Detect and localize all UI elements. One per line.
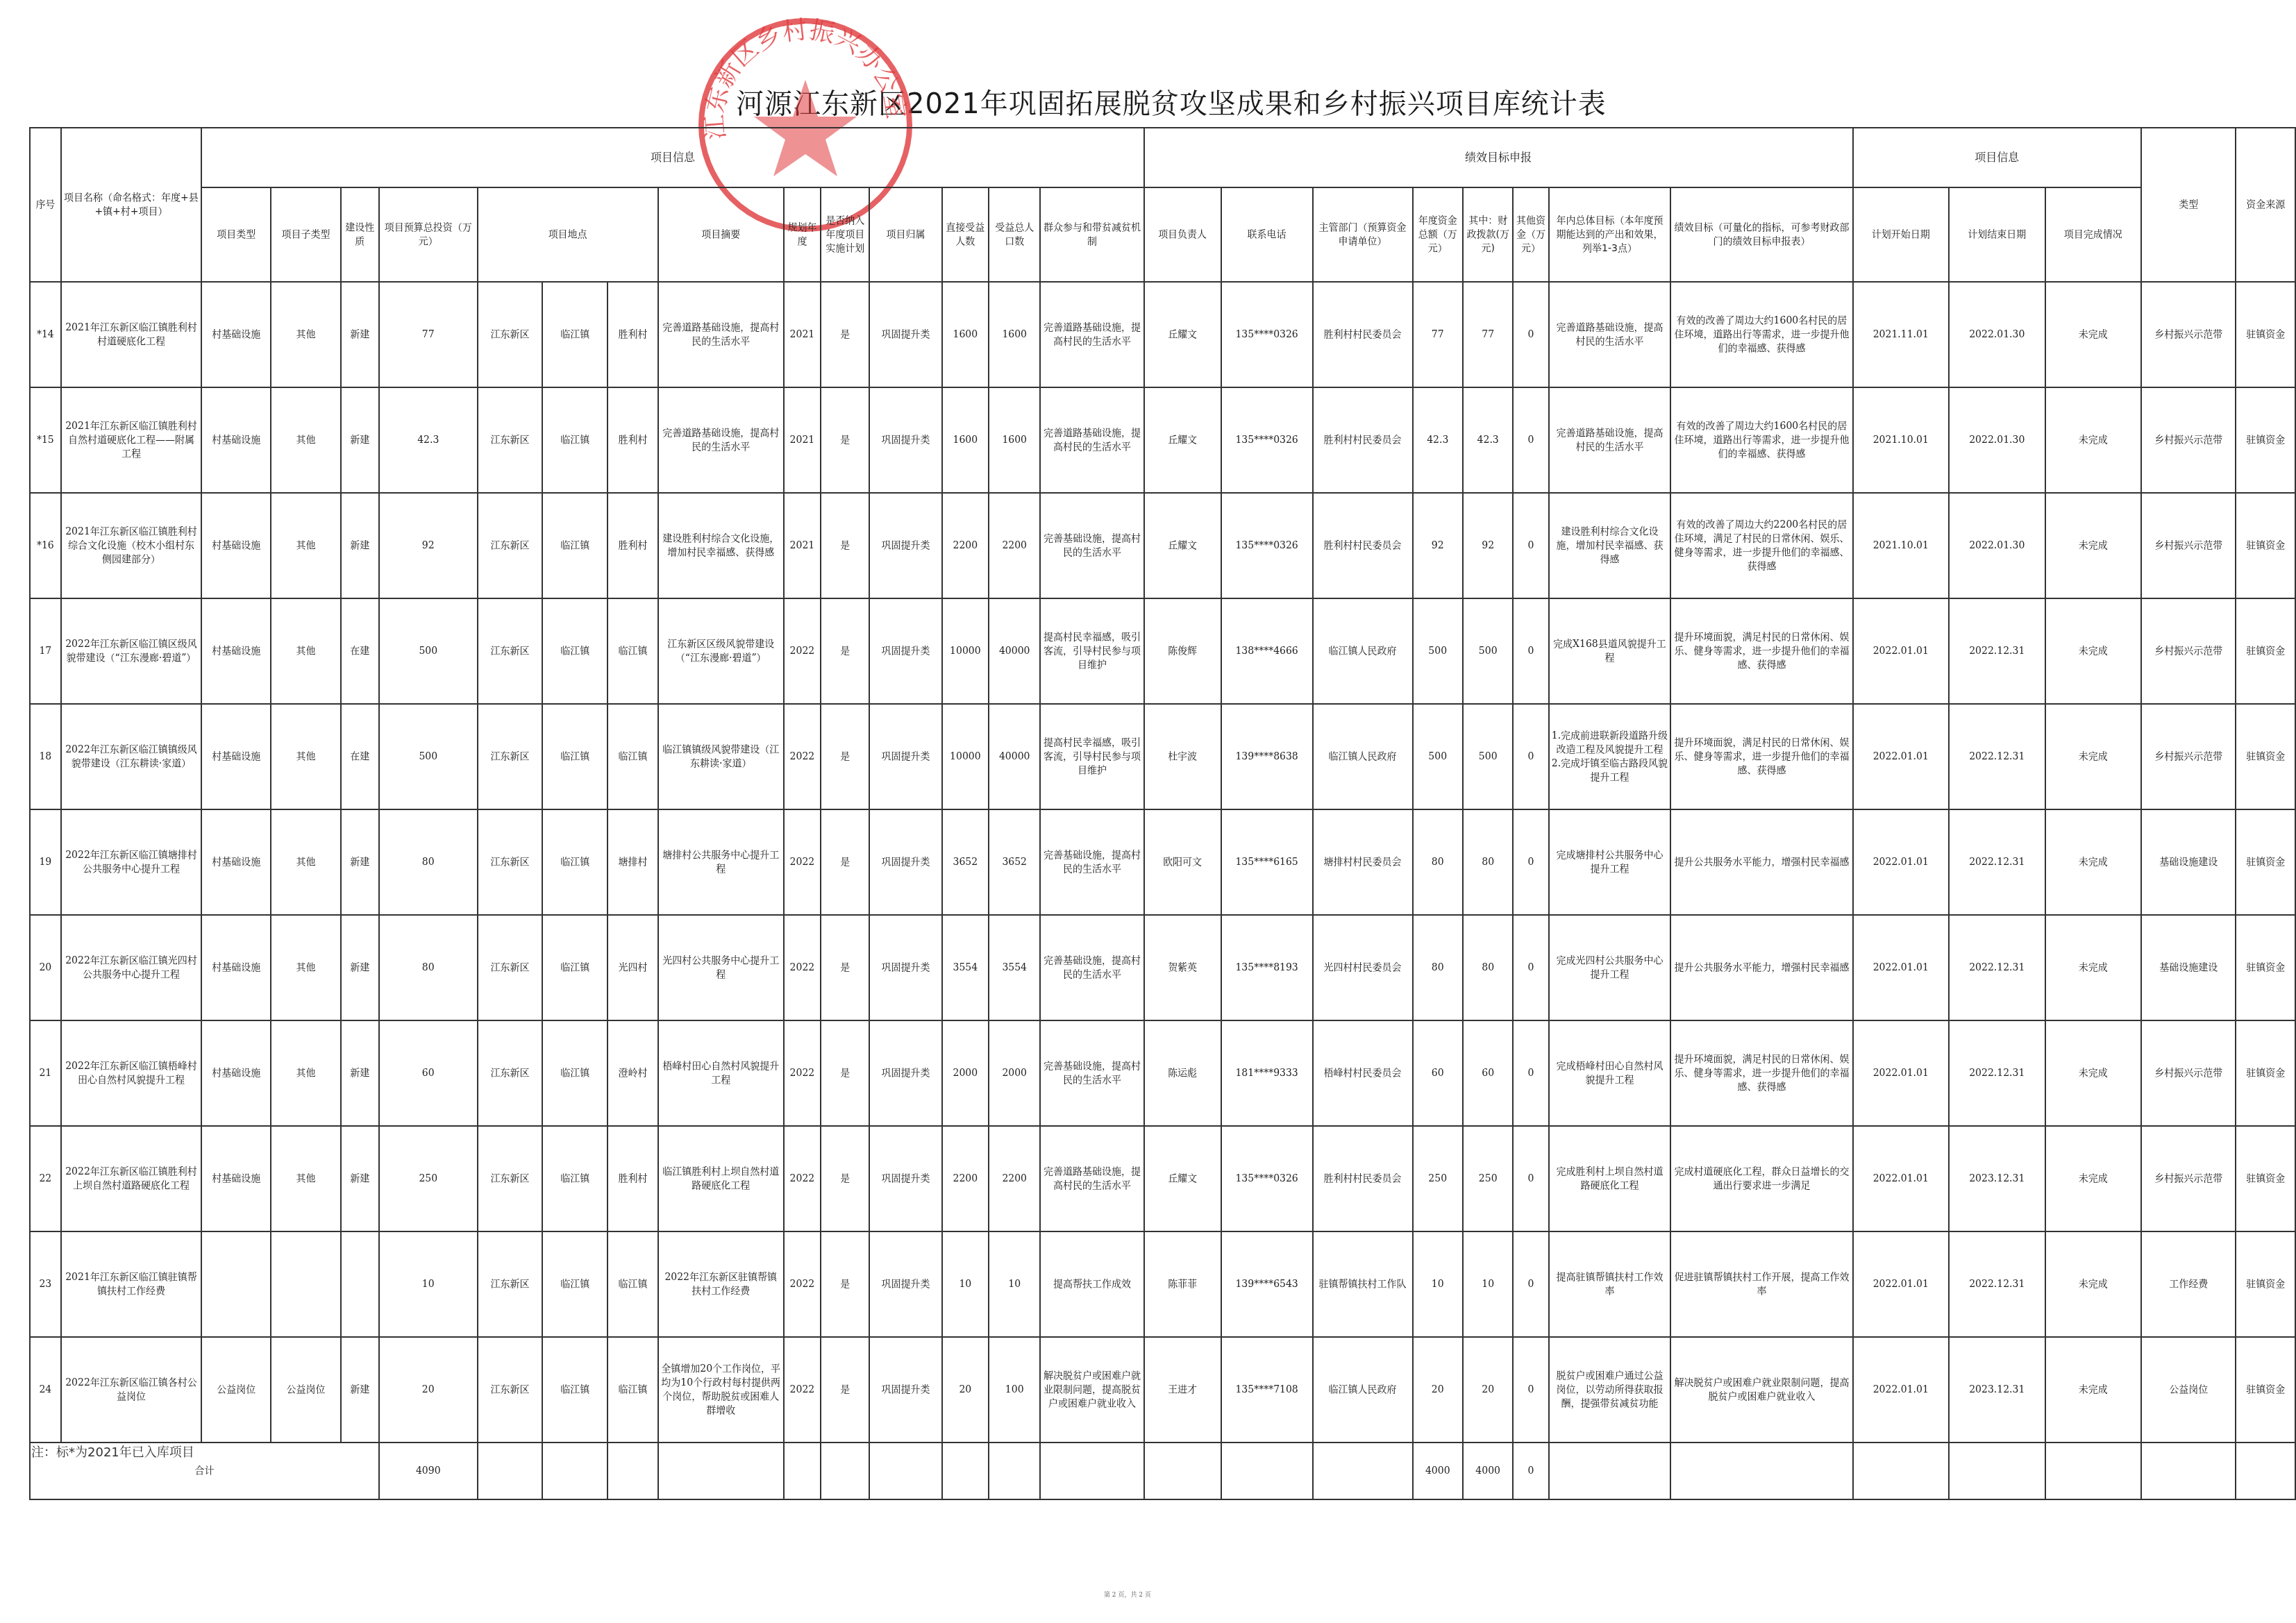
cell-annual: 10 [1413,1231,1463,1337]
cell-mechanism: 完善道路基础设施，提高村民的生活水平 [1040,282,1143,387]
cell-category: 乡村振兴示范带 [2141,387,2236,493]
cell-status: 未完成 [2045,1231,2142,1337]
cell-fund: 驻镇资金 [2236,1020,2295,1126]
cell-annual: 20 [1413,1337,1463,1443]
cell-end: 2022.12.31 [1949,915,2045,1020]
cell-category: 基础设施建设 [2141,915,2236,1020]
cell-loc3: 临江镇 [607,1337,657,1443]
cell-included: 是 [821,1337,869,1443]
cell-budget: 10 [379,1231,478,1337]
cell-belong: 巩固提升类 [869,1126,941,1231]
cell-seq: 19 [30,809,61,915]
cell-direct: 3652 [942,809,989,915]
cell-other: 0 [1513,282,1548,387]
cell-status: 未完成 [2045,493,2142,598]
cell-kpi: 有效的改善了周边大约1600名村民的居住环境，道路出行等需求，进一步提升他们的幸… [1670,282,1852,387]
cell-fiscal: 10 [1463,1231,1513,1337]
cell-loc2: 临江镇 [542,1337,607,1443]
cell-leader: 丘耀文 [1144,282,1221,387]
cell-nature: 在建 [341,704,379,809]
cell-included: 是 [821,282,869,387]
cell-direct: 2000 [942,1020,989,1126]
cell-status: 未完成 [2045,915,2142,1020]
header-type: 项目类型 [201,187,271,282]
table-row: 222022年江东新区临江镇胜利村上坝自然村道路硬底化工程村基础设施其他新建25… [30,1126,2295,1231]
cell-direct: 10 [942,1231,989,1337]
cell-leader: 陈俊辉 [1144,598,1221,704]
cell-annual: 500 [1413,598,1463,704]
cell-mechanism: 完善基础设施，提高村民的生活水平 [1040,809,1143,915]
cell-summary: 2022年江东新区驻镇帮镇扶村工作经费 [658,1231,784,1337]
cell-dept: 梧峰村村民委员会 [1313,1020,1413,1126]
cell-loc3: 胜利村 [607,282,657,387]
cell-phone: 135****0326 [1221,282,1313,387]
cell-seq: 24 [30,1337,61,1443]
table-row: 202022年江东新区临江镇光四村公共服务中心提升工程村基础设施其他新建80江东… [30,915,2295,1020]
cell-fund: 驻镇资金 [2236,282,2295,387]
table-row: 172022年江东新区临江镇区级风貌带建设（“江东漫廊·碧道”）村基础设施其他在… [30,598,2295,704]
cell-direct: 10000 [942,704,989,809]
cell-start: 2022.01.01 [1853,1231,1950,1337]
cell-included: 是 [821,493,869,598]
cell-kpi: 解决脱贫户或困难户就业限制问题，提高脱贫户或困难户就业收入 [1670,1337,1852,1443]
cell-budget: 42.3 [379,387,478,493]
cell-type: 村基础设施 [201,282,271,387]
cell-dept: 胜利村村民委员会 [1313,493,1413,598]
cell-loc1: 江东新区 [478,1020,543,1126]
header-name: 项目名称（命名格式：年度+县+镇+村+项目） [61,128,201,282]
cell-direct: 1600 [942,387,989,493]
cell-summary: 完善道路基础设施，提高村民的生活水平 [658,282,784,387]
cell-loc2: 临江镇 [542,1231,607,1337]
cell-loc2: 临江镇 [542,915,607,1020]
cell-belong: 巩固提升类 [869,704,941,809]
cell-goal: 建设胜利村综合文化设施，增加村民幸福感、获得感 [1549,493,1671,598]
cell-loc2: 临江镇 [542,387,607,493]
cell-other: 0 [1513,1337,1548,1443]
cell-nature: 新建 [341,282,379,387]
header-leader: 项目负责人 [1144,187,1221,282]
cell-type: 村基础设施 [201,1126,271,1231]
cell-type: 村基础设施 [201,598,271,704]
cell-end: 2022.12.31 [1949,1231,2045,1337]
cell-end: 2022.01.30 [1949,493,2045,598]
cell-loc3: 临江镇 [607,1231,657,1337]
cell-direct: 2200 [942,493,989,598]
cell-name: 2022年江东新区临江镇区级风貌带建设（“江东漫廊·碧道”） [61,598,201,704]
cell-goal: 提高驻镇帮镇扶村工作效率 [1549,1231,1671,1337]
header-category: 类型 [2141,128,2236,282]
cell-type: 村基础设施 [201,809,271,915]
cell-dept: 胜利村村民委员会 [1313,387,1413,493]
cell-direct: 2200 [942,1126,989,1231]
cell-mechanism: 完善道路基础设施，提高村民的生活水平 [1040,387,1143,493]
table-row: 212022年江东新区临江镇梧峰村田心自然村风貌提升工程村基础设施其他新建60江… [30,1020,2295,1126]
cell-loc1: 江东新区 [478,1337,543,1443]
cell-annual: 500 [1413,704,1463,809]
table-row: *162021年江东新区临江镇胜利村综合文化设施（校木小组村东侧园建部分）村基础… [30,493,2295,598]
cell-included: 是 [821,598,869,704]
header-subtype: 项目子类型 [271,187,340,282]
header-end: 计划结束日期 [1949,187,2045,282]
cell-phone: 135****0326 [1221,1126,1313,1231]
cell-nature [341,1231,379,1337]
cell-nature: 新建 [341,1020,379,1126]
cell-direct: 20 [942,1337,989,1443]
page-title: 河源江东新区2021年巩固拓展脱贫攻坚成果和乡村振兴项目库统计表 [736,82,1607,121]
cell-name: 2022年江东新区临江镇各村公益岗位 [61,1337,201,1443]
cell-summary: 建设胜利村综合文化设施，增加村民幸福感、获得感 [658,493,784,598]
header-group-performance: 绩效目标申报 [1144,128,1853,187]
cell-loc1: 江东新区 [478,598,543,704]
cell-subtype: 其他 [271,598,340,704]
cell-type: 村基础设施 [201,704,271,809]
table-row: 182022年江东新区临江镇镇级风貌带建设（江东耕读·家道）村基础设施其他在建5… [30,704,2295,809]
header-phone: 联系电话 [1221,187,1313,282]
cell-fiscal: 60 [1463,1020,1513,1126]
cell-dept: 临江镇人民政府 [1313,704,1413,809]
cell-kpi: 有效的改善了周边大约2200名村民的居住环境，满足了村民的日常休闲、娱乐、健身等… [1670,493,1852,598]
cell-mechanism: 完善基础设施，提高村民的生活水平 [1040,915,1143,1020]
total-other: 0 [1513,1443,1548,1499]
cell-fund: 驻镇资金 [2236,387,2295,493]
cell-other: 0 [1513,493,1548,598]
cell-loc1: 江东新区 [478,704,543,809]
cell-start: 2022.01.01 [1853,704,1950,809]
cell-kpi: 提升公共服务水平能力，增强村民幸福感 [1670,809,1852,915]
cell-loc3: 澄岭村 [607,1020,657,1126]
cell-phone: 135****8193 [1221,915,1313,1020]
cell-loc1: 江东新区 [478,1126,543,1231]
header-start: 计划开始日期 [1853,187,1950,282]
cell-direct: 3554 [942,915,989,1020]
cell-plan-year: 2021 [784,493,821,598]
cell-fund: 驻镇资金 [2236,915,2295,1020]
cell-mechanism: 提高村民幸福感，吸引客流，引导村民参与项目维护 [1040,704,1143,809]
cell-mechanism: 完善道路基础设施，提高村民的生活水平 [1040,1126,1143,1231]
cell-belong: 巩固提升类 [869,598,941,704]
cell-included: 是 [821,809,869,915]
cell-annual: 77 [1413,282,1463,387]
cell-dept: 光四村村民委员会 [1313,915,1413,1020]
cell-goal: 完成X168县道风貌提升工程 [1549,598,1671,704]
cell-end: 2023.12.31 [1949,1126,2045,1231]
cell-total: 1600 [989,387,1041,493]
cell-mechanism: 完善基础设施，提高村民的生活水平 [1040,1020,1143,1126]
cell-subtype: 其他 [271,387,340,493]
cell-summary: 全镇增加20个工作岗位，平均为10个行政村每村提供两个岗位，帮助脱贫或困难人群增… [658,1337,784,1443]
cell-subtype: 其他 [271,1126,340,1231]
header-group-project-info: 项目信息 [201,128,1144,187]
cell-budget: 20 [379,1337,478,1443]
cell-fund: 驻镇资金 [2236,704,2295,809]
cell-other: 0 [1513,1231,1548,1337]
cell-loc1: 江东新区 [478,915,543,1020]
cell-plan-year: 2022 [784,598,821,704]
cell-belong: 巩固提升类 [869,493,941,598]
cell-kpi: 提升环境面貌，满足村民的日常休闲、娱乐、健身等需求，进一步提升他们的幸福感、获得… [1670,1020,1852,1126]
cell-fiscal: 92 [1463,493,1513,598]
cell-belong: 巩固提升类 [869,915,941,1020]
cell-mechanism: 解决脱贫户或困难户就业限制问题，提高脱贫户或困难户就业收入 [1040,1337,1143,1443]
cell-dept: 临江镇人民政府 [1313,598,1413,704]
cell-nature: 新建 [341,1337,379,1443]
header-location: 项目地点 [478,187,658,282]
cell-annual: 250 [1413,1126,1463,1231]
cell-loc3: 胜利村 [607,387,657,493]
cell-phone: 181****9333 [1221,1020,1313,1126]
cell-seq: *14 [30,282,61,387]
cell-dept: 胜利村村民委员会 [1313,1126,1413,1231]
cell-start: 2021.10.01 [1853,387,1950,493]
cell-summary: 塘排村公共服务中心提升工程 [658,809,784,915]
cell-leader: 欧阳可文 [1144,809,1221,915]
cell-seq: *15 [30,387,61,493]
cell-type: 村基础设施 [201,493,271,598]
cell-fund: 驻镇资金 [2236,493,2295,598]
cell-fiscal: 20 [1463,1337,1513,1443]
cell-end: 2022.01.30 [1949,387,2045,493]
cell-total: 10 [989,1231,1041,1337]
cell-phone: 139****8638 [1221,704,1313,809]
cell-name: 2021年江东新区临江镇胜利村村道硬底化工程 [61,282,201,387]
cell-total: 40000 [989,598,1041,704]
cell-fund: 驻镇资金 [2236,1231,2295,1337]
cell-loc3: 光四村 [607,915,657,1020]
cell-other: 0 [1513,598,1548,704]
cell-loc2: 临江镇 [542,704,607,809]
header-nature: 建设性质 [341,187,379,282]
cell-mechanism: 提高帮扶工作成效 [1040,1231,1143,1337]
cell-nature: 新建 [341,809,379,915]
footnote: 注：标*为2021年已入库项目 [31,1443,194,1461]
cell-belong: 巩固提升类 [869,282,941,387]
cell-direct: 10000 [942,598,989,704]
cell-fund: 驻镇资金 [2236,1337,2295,1443]
header-dept: 主管部门（预算资金申请单位） [1313,187,1413,282]
cell-nature: 新建 [341,493,379,598]
cell-summary: 临江镇胜利村上坝自然村道路硬底化工程 [658,1126,784,1231]
cell-status: 未完成 [2045,1126,2142,1231]
table-row: *142021年江东新区临江镇胜利村村道硬底化工程村基础设施其他新建77江东新区… [30,282,2295,387]
cell-subtype: 其他 [271,704,340,809]
cell-total: 100 [989,1337,1041,1443]
cell-other: 0 [1513,1126,1548,1231]
cell-category: 乡村振兴示范带 [2141,1020,2236,1126]
header-seq: 序号 [30,128,61,282]
cell-included: 是 [821,1231,869,1337]
cell-name: 2021年江东新区临江镇胜利村综合文化设施（校木小组村东侧园建部分） [61,493,201,598]
cell-phone: 135****7108 [1221,1337,1313,1443]
cell-subtype: 公益岗位 [271,1337,340,1443]
header-other: 其他资金（万元） [1513,187,1548,282]
cell-nature: 新建 [341,1126,379,1231]
cell-end: 2023.12.31 [1949,1337,2045,1443]
cell-other: 0 [1513,915,1548,1020]
cell-other: 0 [1513,809,1548,915]
cell-goal: 完善道路基础设施，提高村民的生活水平 [1549,387,1671,493]
cell-dept: 临江镇人民政府 [1313,1337,1413,1443]
cell-dept: 驻镇帮镇扶村工作队 [1313,1231,1413,1337]
cell-status: 未完成 [2045,1337,2142,1443]
header-goal: 年内总体目标（本年度预期能达到的产出和效果，列举1-3点） [1549,187,1671,282]
cell-annual: 80 [1413,809,1463,915]
cell-loc2: 临江镇 [542,1126,607,1231]
cell-seq: 21 [30,1020,61,1126]
cell-end: 2022.12.31 [1949,704,2045,809]
cell-budget: 500 [379,704,478,809]
cell-annual: 60 [1413,1020,1463,1126]
cell-nature: 在建 [341,598,379,704]
header-summary: 项目摘要 [658,187,784,282]
cell-loc2: 临江镇 [542,282,607,387]
cell-belong: 巩固提升类 [869,1020,941,1126]
cell-phone: 138****4666 [1221,598,1313,704]
total-budget: 4090 [379,1443,478,1499]
cell-status: 未完成 [2045,598,2142,704]
cell-status: 未完成 [2045,282,2142,387]
cell-start: 2022.01.01 [1853,1126,1950,1231]
cell-leader: 贺紫英 [1144,915,1221,1020]
cell-plan-year: 2022 [784,1020,821,1126]
cell-goal: 完成胜利村上坝自然村道路硬底化工程 [1549,1126,1671,1231]
cell-type: 村基础设施 [201,1020,271,1126]
cell-start: 2021.10.01 [1853,493,1950,598]
cell-budget: 92 [379,493,478,598]
cell-fund: 驻镇资金 [2236,1126,2295,1231]
cell-phone: 135****0326 [1221,493,1313,598]
cell-seq: 18 [30,704,61,809]
cell-belong: 巩固提升类 [869,1337,941,1443]
cell-subtype: 其他 [271,1020,340,1126]
cell-plan-year: 2022 [784,809,821,915]
header-fiscal: 其中：财政拨款(万元) [1463,187,1513,282]
cell-seq: 23 [30,1231,61,1337]
cell-plan-year: 2021 [784,387,821,493]
cell-nature: 新建 [341,915,379,1020]
cell-goal: 完成光四村公共服务中心提升工程 [1549,915,1671,1020]
header-belong: 项目归属 [869,187,941,282]
cell-fiscal: 500 [1463,598,1513,704]
cell-direct: 1600 [942,282,989,387]
cell-seq: 17 [30,598,61,704]
cell-goal: 脱贫户或困难户通过公益岗位，以劳动所得获取报酬，提强带贫减贫功能 [1549,1337,1671,1443]
cell-phone: 135****0326 [1221,387,1313,493]
header-annual: 年度资金总额（万元） [1413,187,1463,282]
table-row: *152021年江东新区临江镇胜利村自然村道硬底化工程——附属工程村基础设施其他… [30,387,2295,493]
cell-budget: 80 [379,809,478,915]
cell-total: 2200 [989,1126,1041,1231]
cell-start: 2022.01.01 [1853,1020,1950,1126]
cell-leader: 丘耀文 [1144,387,1221,493]
cell-mechanism: 提高村民幸福感，吸引客流，引导村民参与项目维护 [1040,598,1143,704]
cell-budget: 500 [379,598,478,704]
cell-total: 3554 [989,915,1041,1020]
cell-annual: 42.3 [1413,387,1463,493]
cell-category: 乡村振兴示范带 [2141,493,2236,598]
cell-nature: 新建 [341,387,379,493]
cell-end: 2022.12.31 [1949,598,2045,704]
cell-fund: 驻镇资金 [2236,598,2295,704]
cell-status: 未完成 [2045,809,2142,915]
cell-phone: 135****6165 [1221,809,1313,915]
cell-goal: 完成梧峰村田心自然村风貌提升工程 [1549,1020,1671,1126]
cell-total: 2000 [989,1020,1041,1126]
header-group-project-info-2: 项目信息 [1853,128,2142,187]
cell-other: 0 [1513,704,1548,809]
cell-loc3: 临江镇 [607,704,657,809]
cell-leader: 丘耀文 [1144,493,1221,598]
cell-goal: 1.完成前进联新段道路升级改造工程及风貌提升工程 2.完成圩镇至临古路段风貌提升… [1549,704,1671,809]
cell-seq: 22 [30,1126,61,1231]
cell-kpi: 有效的改善了周边大约1600名村民的居住环境，道路出行等需求，进一步提升他们的幸… [1670,387,1852,493]
header-fund: 资金来源 [2236,128,2295,282]
cell-type: 公益岗位 [201,1337,271,1443]
cell-loc2: 临江镇 [542,1020,607,1126]
header-plan-year: 规划年度 [784,187,821,282]
cell-budget: 77 [379,282,478,387]
cell-kpi: 提升环境面貌，满足村民的日常休闲、娱乐、健身等需求，进一步提升他们的幸福感、获得… [1670,598,1852,704]
cell-plan-year: 2022 [784,1337,821,1443]
cell-loc1: 江东新区 [478,809,543,915]
cell-name: 2022年江东新区临江镇镇级风貌带建设（江东耕读·家道） [61,704,201,809]
cell-loc3: 胜利村 [607,493,657,598]
cell-other: 0 [1513,387,1548,493]
header-mechanism: 群众参与和带贫减贫机制 [1040,187,1143,282]
cell-fiscal: 42.3 [1463,387,1513,493]
cell-summary: 临江镇镇级风貌带建设（江东耕读·家道） [658,704,784,809]
cell-goal: 完成塘排村公共服务中心提升工程 [1549,809,1671,915]
cell-dept: 胜利村村民委员会 [1313,282,1413,387]
cell-leader: 丘耀文 [1144,1126,1221,1231]
cell-plan-year: 2022 [784,1126,821,1231]
cell-total: 3652 [989,809,1041,915]
cell-loc3: 塘排村 [607,809,657,915]
cell-kpi: 促进驻镇帮镇扶村工作开展，提高工作效率 [1670,1231,1852,1337]
table-row: 192022年江东新区临江镇塘排村公共服务中心提升工程村基础设施其他新建80江东… [30,809,2295,915]
cell-name: 2022年江东新区临江镇梧峰村田心自然村风貌提升工程 [61,1020,201,1126]
cell-kpi: 提升公共服务水平能力，增强村民幸福感 [1670,915,1852,1020]
cell-summary: 光四村公共服务中心提升工程 [658,915,784,1020]
cell-leader: 陈运彪 [1144,1020,1221,1126]
cell-loc1: 江东新区 [478,1231,543,1337]
cell-budget: 60 [379,1020,478,1126]
cell-annual: 80 [1413,915,1463,1020]
cell-start: 2022.01.01 [1853,598,1950,704]
header-budget: 项目预算总投资（万元） [379,187,478,282]
cell-seq: *16 [30,493,61,598]
cell-summary: 完善道路基础设施，提高村民的生活水平 [658,387,784,493]
cell-category: 公益岗位 [2141,1337,2236,1443]
header-included: 是否纳入年度项目实施计划 [821,187,869,282]
cell-plan-year: 2022 [784,915,821,1020]
page-number: 第 2 页，共 2 页 [1104,1590,1151,1599]
cell-belong: 巩固提升类 [869,387,941,493]
cell-category: 基础设施建设 [2141,809,2236,915]
cell-budget: 80 [379,915,478,1020]
cell-fiscal: 80 [1463,809,1513,915]
cell-fund: 驻镇资金 [2236,809,2295,915]
cell-included: 是 [821,1126,869,1231]
cell-included: 是 [821,704,869,809]
cell-start: 2022.01.01 [1853,915,1950,1020]
cell-type: 村基础设施 [201,387,271,493]
cell-name: 2021年江东新区临江镇驻镇帮镇扶村工作经费 [61,1231,201,1337]
cell-name: 2022年江东新区临江镇光四村公共服务中心提升工程 [61,915,201,1020]
header-kpi: 绩效目标（可量化的指标，可参考财政部门的绩效目标申报表） [1670,187,1852,282]
cell-start: 2021.11.01 [1853,282,1950,387]
cell-subtype: 其他 [271,493,340,598]
